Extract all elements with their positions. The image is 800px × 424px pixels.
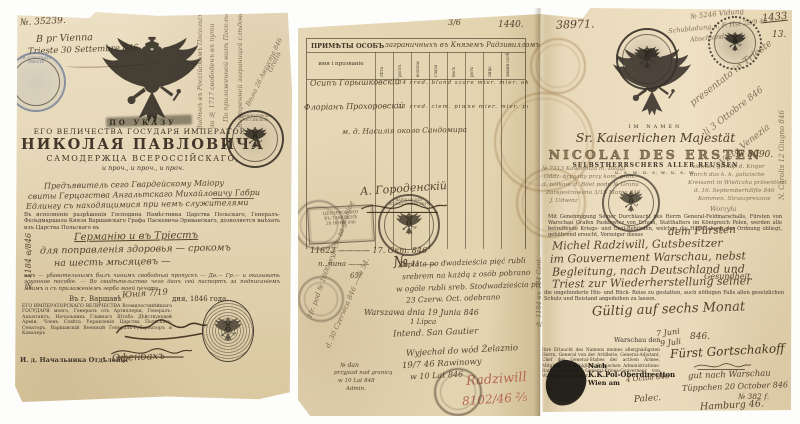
- faded-round-stamp: [294, 200, 344, 250]
- imperial-double-eagle: [610, 38, 694, 134]
- signature-flourish: [114, 308, 209, 344]
- hamburg-note: Hamburg 46.: [700, 398, 764, 412]
- table-row-name: Осипъ Горышковскій: [310, 77, 400, 88]
- issue-year: 846.: [690, 332, 710, 342]
- payment-line: srebrem na każdą z osób pobrano: [402, 268, 531, 281]
- permission-paragraph: Mit Genehmigung Seiner Durchlaucht des H…: [548, 214, 782, 238]
- gueltig-line: Gültig auf sechs Monat: [592, 299, 746, 319]
- permit-paragraph: Въ исполненіе разрѣшенія Господина Намѣс…: [24, 212, 280, 231]
- faded-brown-stamp: [530, 38, 586, 94]
- right-margin-note: Worzyła: [710, 205, 736, 213]
- table-col-header: знаки особ.: [505, 54, 510, 77]
- table-col-header: ротъ: [469, 54, 474, 77]
- departure-line: 19/7 46 Rawinowy: [402, 357, 482, 371]
- right-margin-note: Kreisamt in Wieliczka präsentiert: [688, 180, 787, 186]
- stamp-eagle-icon: [618, 191, 644, 215]
- issue-month-day: Юнія 7/19: [122, 287, 168, 300]
- rotated-visa-note: По приложенной визѣ Посольства: [222, 18, 230, 122]
- table-row-cells: 34 śred. blond szare mier. mier. okrą. —: [398, 80, 528, 86]
- registry-number: №. 35239.: [20, 16, 66, 28]
- right-passport-bilingual: 3/6 1440. ПРИМѢТЫ ОСОБЪ заграничныхъ въ …: [298, 8, 792, 416]
- wien-stamp-line: Wien am: [588, 379, 620, 387]
- right-margin-note: Kommen. Straszpreszow: [698, 196, 770, 202]
- issue-place: Въ г. Варшавѣ: [69, 295, 122, 303]
- payment-line: 23 Czerw. Oct. odebrano: [406, 292, 500, 304]
- folio-number: 1440.: [498, 20, 524, 30]
- right-margin-note: durch das k. k. galizische: [690, 172, 765, 178]
- seal-eagle-icon: [213, 317, 243, 345]
- diagonal-visa-note: Вѣна 26 Августа 846: [244, 37, 284, 108]
- note-line: przyjazd nad granicą: [334, 370, 393, 376]
- bearer-underline: [212, 198, 254, 199]
- table-col-header: волосы: [415, 54, 420, 77]
- table-title: ПРИМѢТЫ ОСОБЪ: [311, 42, 384, 50]
- photo-of-two-historic-passports: №. 35239. В pr Vienna Trieste 30 Settemb…: [0, 0, 800, 424]
- blue-seal-ring-text: I.R. CONSOLATO TRIESTE: [12, 56, 60, 64]
- left-passport-russian: №. 35239. В pr Vienna Trieste 30 Settemb…: [14, 12, 292, 402]
- wax-oval-seal: [202, 300, 254, 362]
- warszawa-date-line: Warszawa dnia 19 Junia 846: [364, 308, 479, 317]
- note-line: Admin.: [346, 386, 366, 392]
- faded-round-stamp: [434, 368, 482, 416]
- gesundheit-insert: Gesundheit: [704, 272, 750, 281]
- etc-line: и проч., и проч., и проч.: [14, 164, 272, 172]
- round-stamp-ring-text: ВАРШАВСКІЙ ПОЛИЦІЙМЕЙСТЕРЪ: [384, 198, 434, 206]
- table-col-header: ростъ: [397, 54, 402, 77]
- table-col-header: глаза: [433, 54, 438, 77]
- visa-city-note: В pr Vienna: [36, 32, 93, 45]
- document-number: 38971.: [556, 17, 595, 31]
- faded-round-stamp: [298, 276, 344, 322]
- autocrat-line: САМОДЕРЖЦА ВСЕРОССІЙСКАГО,: [14, 154, 272, 163]
- table-col-header: лѣта: [379, 54, 384, 77]
- destination-line: для поправленія здоровья — срокомъ: [40, 242, 231, 256]
- lipca-line: 1 Lipca: [410, 318, 436, 326]
- table-col-header: носъ: [451, 54, 456, 77]
- stamp-eagle-icon: [395, 212, 423, 238]
- departure-line: Wyjechał do wód Żelaznio: [406, 343, 518, 359]
- reise-paragraph: die ungehinderte Hin- und Rück- Reise zu…: [544, 290, 784, 302]
- destination-line: на шесть мѣсяцевъ —: [54, 256, 171, 269]
- table-row-name: Флоріанъ Прохоровскій: [304, 101, 404, 112]
- gortschakoff-signature: Fürst Gortschakoff: [670, 341, 785, 361]
- warschau-note: gut nach Warschau: [688, 369, 771, 382]
- corner-sub-number: 13.: [772, 30, 786, 40]
- pale-signature: Palec.: [634, 393, 662, 405]
- note-line: № dan: [340, 362, 359, 369]
- dept-head-signature: Офенбахъ: [112, 351, 165, 365]
- wien-stamp-line: Nach: [588, 362, 607, 370]
- rotated-visa-note: за № 1717 свободенъ въ пути: [208, 24, 216, 128]
- destination-line: Германію и въ Тріестъ: [74, 230, 198, 243]
- faded-brown-stamp: [516, 168, 586, 238]
- october-note: Tüppchen 20 October 846: [682, 380, 788, 393]
- tsar-name-title: НИКОЛАЯ ПАВЛОВИЧА: [14, 136, 272, 153]
- blue-consulate-seal: I.R. CONSOLATO TRIESTE: [6, 52, 66, 112]
- payment-line: Zapłata po dwadzieścia pięć rubli: [398, 256, 526, 269]
- table-name-column-header: имя і прозваніе: [307, 61, 375, 67]
- hand-number: № 8090.: [736, 150, 773, 160]
- majesty-line: ЕГО ВЕЛИЧЕСТВА ГОСУДАРЯ ИМПЕРАТОРА: [14, 127, 272, 136]
- corner-number: 1433: [761, 11, 787, 25]
- payment-line: w ogóle rubli sreb. Stodwadzieścia pięć: [396, 279, 547, 293]
- right-margin-note: vidimirt gemäß d. Krojer: [692, 164, 765, 170]
- intendant-signature: Intend. San Gautier: [393, 327, 479, 340]
- note-line: w 10 Lat 848: [338, 378, 375, 384]
- rotated-visa-note: Видѣнъ въ Россійскомъ Посольствѣ: [196, 18, 204, 130]
- right-margin-note: d. 16. Septemberhälfte 846: [694, 188, 775, 194]
- margin-number-vertical: № 1184 в/846: [24, 214, 33, 290]
- folio-fraction: 3/6: [448, 18, 461, 27]
- stamp-eagle-icon: [723, 32, 747, 54]
- fold-vertical-note: № 1184 въ 184 Cont.: [535, 244, 543, 328]
- issue-place-line: Warschau den: [614, 336, 661, 344]
- right-doc-left-page: 3/6 1440. ПРИМѢТЫ ОСОБЪ заграничныхъ въ …: [298, 14, 540, 416]
- table-title-handwriting: заграничныхъ въ Княземъ Радзивилломъ: [385, 41, 540, 49]
- table-col-header: лицо: [487, 54, 492, 77]
- table-header-rule: [307, 52, 525, 53]
